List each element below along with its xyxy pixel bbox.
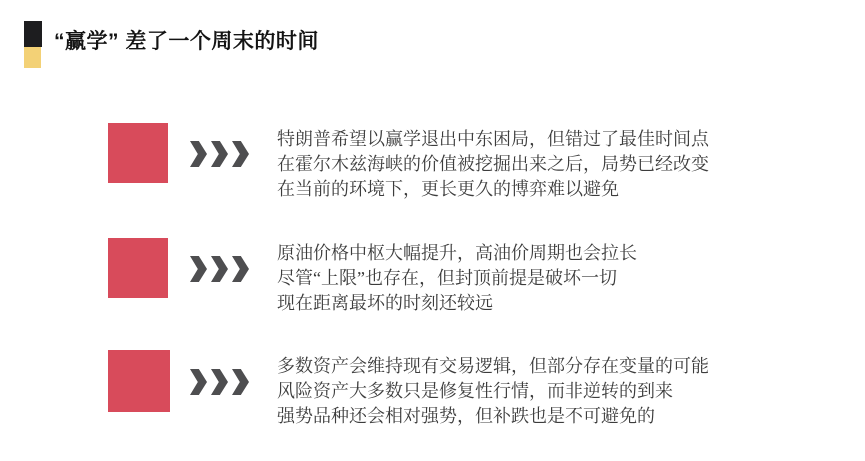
title-accent-black-square xyxy=(24,21,42,47)
red-square-icon xyxy=(108,350,170,412)
text-line: 在霍尔木兹海峡的价值被挖掘出来之后，局势已经改变 xyxy=(277,152,709,177)
text-line: 在当前的环境下，更长更久的博弈难以避免 xyxy=(277,177,709,202)
text-line: 现在距离最坏的时刻还较远 xyxy=(277,291,637,316)
triple-chevron-right-icon xyxy=(190,369,253,395)
bullet-text-block: 多数资产会维持现有交易逻辑，但部分存在变量的可能 风险资产大多数只是修复性行情，… xyxy=(277,354,709,429)
text-line: 风险资产大多数只是修复性行情，而非逆转的到来 xyxy=(277,379,709,404)
chevron-right-icon xyxy=(190,141,207,167)
bullet-text-block: 原油价格中枢大幅提升，高油价周期也会拉长 尽管“上限”也存在，但封顶前提是破坏一… xyxy=(277,241,637,316)
text-line: 特朗普希望以赢学退出中东困局，但错过了最佳时间点 xyxy=(277,127,709,152)
chevron-right-icon xyxy=(232,369,249,395)
text-line: 多数资产会维持现有交易逻辑，但部分存在变量的可能 xyxy=(277,354,709,379)
chevron-right-icon xyxy=(211,141,228,167)
triple-chevron-right-icon xyxy=(190,256,253,282)
triple-chevron-right-icon xyxy=(190,141,253,167)
red-square-icon xyxy=(108,123,168,183)
chevron-right-icon xyxy=(232,141,249,167)
text-line: 强势品种还会相对强势，但补跌也是不可避免的 xyxy=(277,404,709,429)
chevron-right-icon xyxy=(190,369,207,395)
title-accent-yellow-square xyxy=(24,47,41,68)
bullet-text-block: 特朗普希望以赢学退出中东困局，但错过了最佳时间点 在霍尔木兹海峡的价值被挖掘出来… xyxy=(277,127,709,202)
chevron-right-icon xyxy=(232,256,249,282)
presentation-slide: “赢学” 差了一个周末的时间 特朗普希望以赢学退出中东困局，但错过了最佳时间点 … xyxy=(0,0,865,461)
text-line: 尽管“上限”也存在，但封顶前提是破坏一切 xyxy=(277,266,637,291)
red-square-icon xyxy=(108,238,168,298)
chevron-right-icon xyxy=(211,369,228,395)
text-line: 原油价格中枢大幅提升，高油价周期也会拉长 xyxy=(277,241,637,266)
chevron-right-icon xyxy=(190,256,207,282)
chevron-right-icon xyxy=(211,256,228,282)
slide-title: “赢学” 差了一个周末的时间 xyxy=(54,25,319,55)
